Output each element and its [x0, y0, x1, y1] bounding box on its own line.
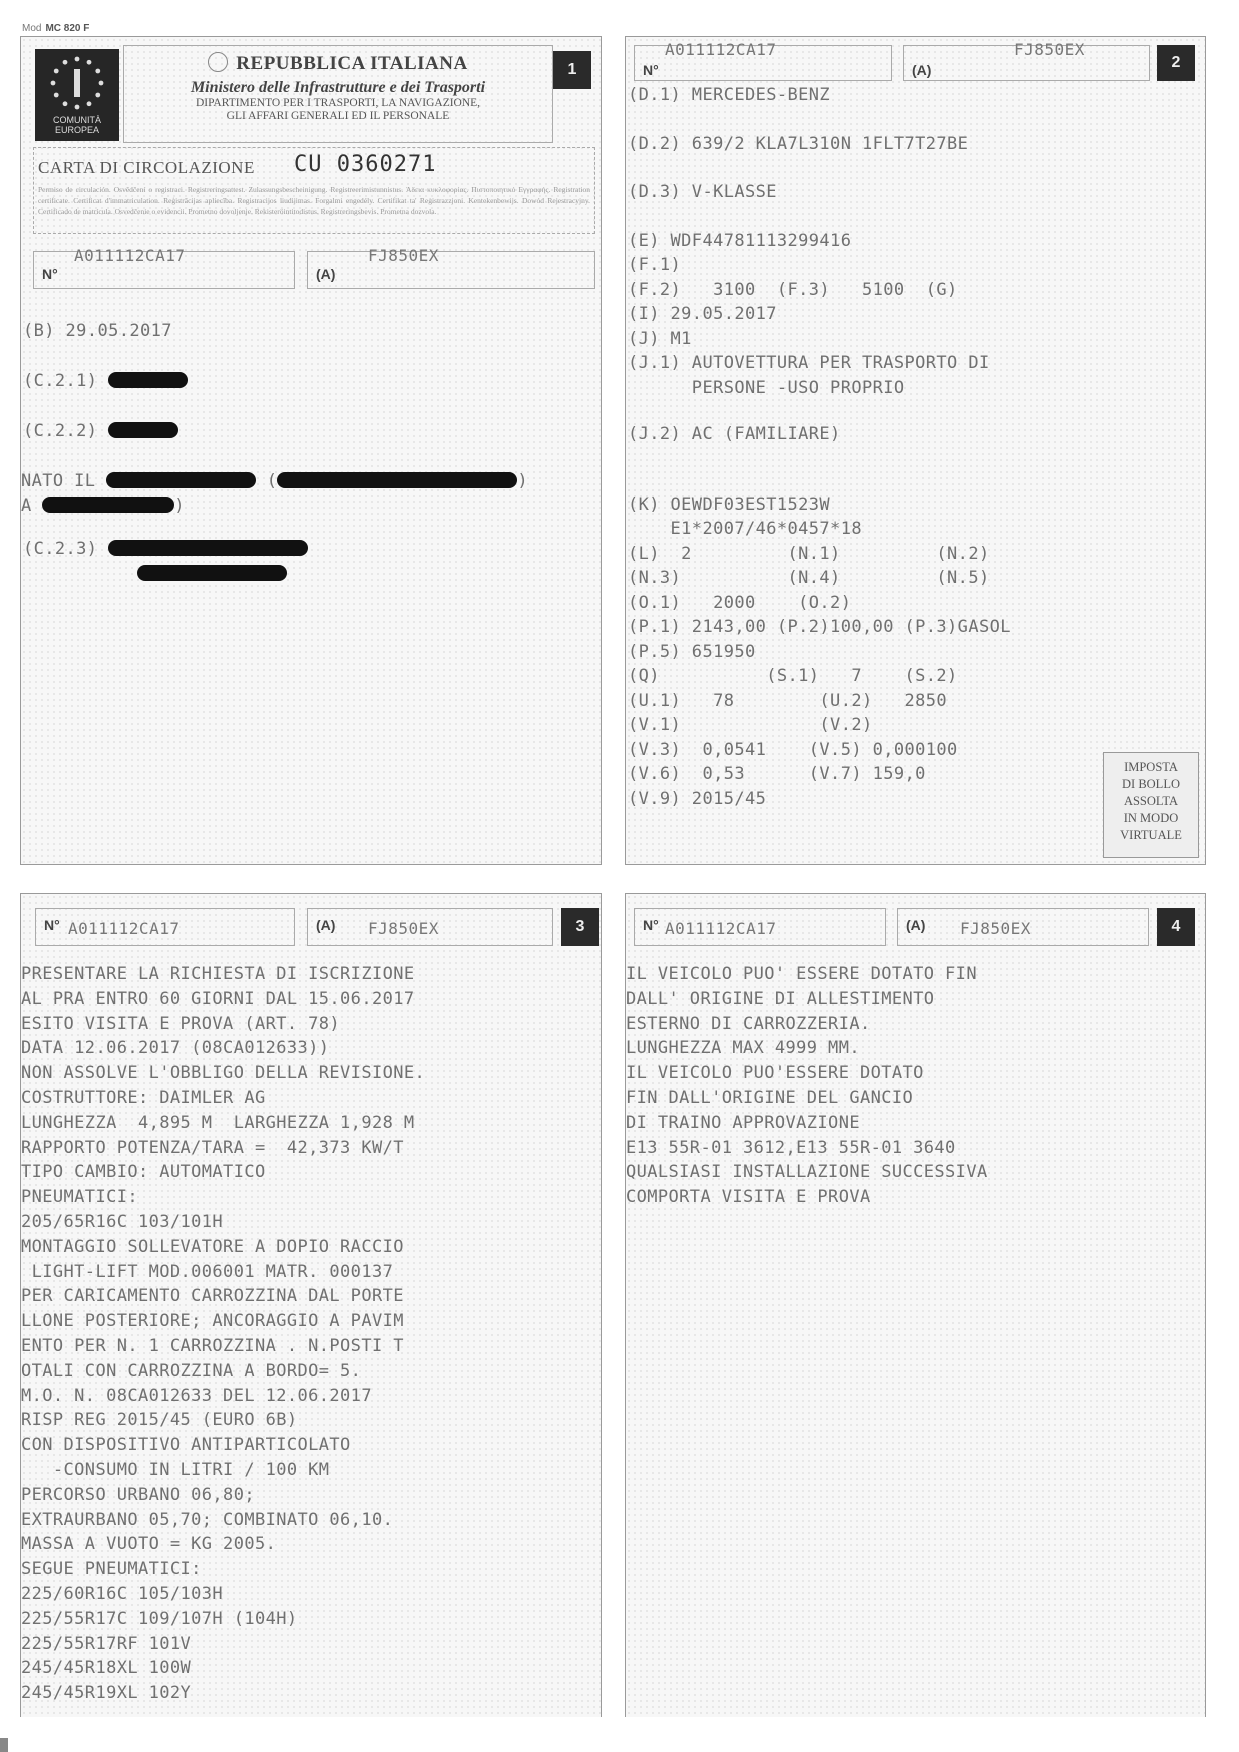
text-line: ESITO VISITA E PROVA (ART. 78) — [21, 1012, 340, 1037]
card-title: CARTA DI CIRCOLAZIONE — [38, 158, 255, 178]
model-code-label: Mod — [22, 23, 41, 34]
eu-emblem: COMUNITÀ EUROPEA — [35, 49, 119, 141]
text-line: 245/45R18XL 100W — [21, 1656, 191, 1681]
text-line: RISP REG 2015/45 (EURO 6B) — [21, 1408, 298, 1433]
text-line: (J.2) AC (FAMILIARE) — [628, 422, 841, 447]
field-b-label: (B) — [23, 321, 55, 341]
document-number-box: N° A011112CA17 — [634, 908, 886, 946]
text-line: SEGUE PNEUMATICI: — [21, 1557, 202, 1582]
text-line: (D.1) MERCEDES-BENZ — [628, 83, 830, 108]
text-line: 225/55R17RF 101V — [21, 1632, 191, 1657]
text-line: IL VEICOLO PUO' ESSERE DOTATO FIN — [626, 962, 977, 987]
field-c22: (C.2.2) — [23, 419, 178, 444]
stamp-line: VIRTUALE — [1104, 827, 1198, 844]
department-line1: DIPARTIMENTO PER I TRASPORTI, LA NAVIGAZ… — [124, 97, 552, 110]
document-number-box: N° A011112CA17 — [33, 251, 295, 289]
scan-edge-mark — [0, 1738, 8, 1752]
card-title-translations: Permiso de circulación. Osvědčení o regi… — [38, 184, 590, 217]
text-line: LUNGHEZZA 4,895 M LARGHEZZA 1,928 M — [21, 1111, 415, 1136]
text-line: ENTO PER N. 1 CARROZZINA . N.POSTI T — [21, 1334, 404, 1359]
stamp-line: IMPOSTA — [1104, 759, 1198, 776]
text-line: (D.2) 639/2 KLA7L310N 1FLT7T27BE — [628, 132, 968, 157]
model-code-value: MC 820 F — [45, 23, 89, 34]
text-line: ESTERNO DI CARROZZERIA. — [626, 1012, 871, 1037]
text-line: CON DISPOSITIVO ANTIPARTICOLATO — [21, 1433, 351, 1458]
born-label: NATO IL — [21, 471, 95, 491]
plate-box: (A) FJ850EX — [307, 251, 595, 289]
panel-3-notes: N° A011112CA17 (A) FJ850EX 3 PRESENTARE … — [20, 893, 602, 1717]
text-line: 225/60R16C 105/103H — [21, 1582, 223, 1607]
text-line: PERCORSO URBANO 06,80; — [21, 1483, 255, 1508]
card-title-box: CARTA DI CIRCOLAZIONE CU 0360271 Permiso… — [33, 147, 595, 234]
eu-label-line2: EUROPEA — [35, 125, 119, 135]
panel-number-badge: 4 — [1157, 908, 1195, 946]
text-line: QUALSIASI INSTALLAZIONE SUCCESSIVA — [626, 1160, 988, 1185]
plate-box: (A) FJ850EX — [903, 45, 1150, 81]
document-number-value: A011112CA17 — [74, 246, 185, 265]
field-c23-cont — [137, 562, 287, 587]
text-line: AL PRA ENTRO 60 GIORNI DAL 15.06.2017 — [21, 987, 415, 1012]
text-line: (E) WDF44781113299416 — [628, 229, 851, 254]
text-line: EXTRAURBANO 05,70; COMBINATO 06,10. — [21, 1508, 393, 1533]
document-number-label: N° — [643, 62, 659, 78]
republic-title: REPUBBLICA ITALIANA — [236, 53, 467, 74]
redacted-address-line2 — [137, 565, 287, 581]
text-line: TIPO CAMBIO: AUTOMATICO — [21, 1160, 266, 1185]
department-line2: GLI AFFARI GENERALI ED IL PERSONALE — [124, 110, 552, 123]
field-birth-at: A ) — [21, 494, 185, 519]
text-line: (V.6) 0,53 (V.7) 159,0 — [628, 762, 926, 787]
plate-value: FJ850EX — [960, 919, 1031, 938]
redacted-birth-place — [277, 472, 517, 488]
text-line: MONTAGGIO SOLLEVATORE A DOPIO RACCIO — [21, 1235, 404, 1260]
redacted-birth-date — [106, 472, 256, 488]
text-line: 245/45R19XL 102Y — [21, 1681, 191, 1706]
text-line: -CONSUMO IN LITRI / 100 KM — [21, 1458, 329, 1483]
plate-box: (A) FJ850EX — [307, 908, 553, 946]
text-line: MASSA A VUOTO = KG 2005. — [21, 1532, 276, 1557]
panel-number-badge: 2 — [1157, 45, 1195, 81]
text-line: (J.1) AUTOVETTURA PER TRASPORTO DI — [628, 351, 990, 376]
text-line: (F.2) 3100 (F.3) 5100 (G) — [628, 278, 958, 303]
document-number-label: N° — [643, 917, 659, 933]
text-line: LLONE POSTERIORE; ANCORAGGIO A PAVIM — [21, 1309, 404, 1334]
text-line: (K) OEWDF03EST1523W — [628, 493, 830, 518]
issuing-authority: REPUBBLICA ITALIANA Ministero delle Infr… — [123, 45, 553, 143]
text-line: (L) 2 (N.1) (N.2) — [628, 542, 990, 567]
panel-4-notes: N° A011112CA17 (A) FJ850EX 4 IL VEICOLO … — [625, 893, 1206, 1717]
field-b: (B) 29.05.2017 — [23, 319, 172, 344]
ministry-name: Ministero delle Infrastrutture e dei Tra… — [124, 79, 552, 97]
redacted-owner-name — [108, 422, 178, 438]
text-line: (F.1) — [628, 253, 681, 278]
stamp-duty-box: IMPOSTA DI BOLLO ASSOLTA IN MODO VIRTUAL… — [1103, 752, 1199, 858]
text-line: E1*2007/46*0457*18 — [628, 517, 862, 542]
document-number-value: A011112CA17 — [665, 919, 776, 938]
text-line: IL VEICOLO PUO'ESSERE DOTATO — [626, 1061, 924, 1086]
text-line: (V.1) (V.2) — [628, 713, 873, 738]
text-line: (O.1) 2000 (O.2) — [628, 591, 851, 616]
text-line: (J) M1 — [628, 327, 692, 352]
text-line: DALL' ORIGINE DI ALLESTIMENTO — [626, 987, 934, 1012]
stamp-line: IN MODO — [1104, 810, 1198, 827]
field-c23-label: (C.2.3) — [23, 539, 97, 559]
document-number-box: N° A011112CA17 — [634, 45, 892, 81]
panel-2-vehicle-data: N° A011112CA17 (A) FJ850EX 2 (D.1) MERCE… — [625, 36, 1206, 865]
card-number: CU 0360271 — [294, 152, 436, 177]
text-line: (P.1) 2143,00 (P.2)100,00 (P.3)GASOL — [628, 615, 1011, 640]
text-line: COMPORTA VISITA E PROVA — [626, 1185, 871, 1210]
text-line: E13 55R-01 3612,E13 55R-01 3640 — [626, 1136, 956, 1161]
panel-number-badge: 3 — [561, 908, 599, 946]
eu-label-line1: COMUNITÀ — [35, 115, 119, 125]
redacted-address-line1 — [108, 540, 308, 556]
text-line: DATA 12.06.2017 (08CA012633)) — [21, 1036, 329, 1061]
redacted-owner-surname — [108, 372, 188, 388]
text-line: LIGHT-LIFT MOD.006001 MATR. 000137 — [21, 1260, 393, 1285]
document-number-label: N° — [42, 266, 58, 282]
text-line: (U.1) 78 (U.2) 2850 — [628, 689, 947, 714]
document-number-label: N° — [44, 917, 60, 933]
field-birth: NATO IL () — [21, 469, 528, 494]
field-c23: (C.2.3) — [23, 537, 308, 562]
text-line: COSTRUTTORE: DAIMLER AG — [21, 1086, 266, 1111]
plate-value: FJ850EX — [368, 919, 439, 938]
plate-value: FJ850EX — [368, 246, 439, 265]
text-line: PERSONE -USO PROPRIO — [628, 376, 905, 401]
document-number-value: A011112CA17 — [68, 919, 179, 938]
text-line: (D.3) V-KLASSE — [628, 180, 777, 205]
plate-label: (A) — [912, 62, 931, 78]
stamp-line: ASSOLTA — [1104, 793, 1198, 810]
model-code: ModMC 820 F — [22, 23, 89, 34]
field-c22-label: (C.2.2) — [23, 421, 97, 441]
text-line: M.O. N. 08CA012633 DEL 12.06.2017 — [21, 1384, 372, 1409]
text-line: OTALI CON CARROZZINA A BORDO= 5. — [21, 1359, 361, 1384]
text-line: PRESENTARE LA RICHIESTA DI ISCRIZIONE — [21, 962, 415, 987]
text-line: 225/55R17C 109/107H (104H) — [21, 1607, 298, 1632]
text-line: PNEUMATICI: — [21, 1185, 138, 1210]
plate-box: (A) FJ850EX — [897, 908, 1149, 946]
document-number-value: A011112CA17 — [665, 40, 776, 59]
text-line: 205/65R16C 103/101H — [21, 1210, 223, 1235]
text-line: (I) 29.05.2017 — [628, 302, 777, 327]
redacted-birth-province — [42, 497, 174, 513]
panel-1-registration-header: COMUNITÀ EUROPEA REPUBBLICA ITALIANA Min… — [20, 36, 602, 865]
text-line: (Q) (S.1) 7 (S.2) — [628, 664, 958, 689]
document-number-box: N° A011112CA17 — [35, 908, 295, 946]
panel-number-badge: 1 — [553, 51, 591, 89]
plate-label: (A) — [906, 917, 925, 933]
field-c21-label: (C.2.1) — [23, 371, 97, 391]
text-line: (P.5) 651950 — [628, 640, 756, 665]
born-at-label: A — [21, 496, 32, 516]
text-line: (N.3) (N.4) (N.5) — [628, 566, 990, 591]
text-line: PER CARICAMENTO CARROZZINA DAL PORTE — [21, 1284, 404, 1309]
field-b-value: 29.05.2017 — [66, 321, 172, 341]
eu-stars-icon — [47, 53, 107, 113]
stamp-line: DI BOLLO — [1104, 776, 1198, 793]
text-line: LUNGHEZZA MAX 4999 MM. — [626, 1036, 860, 1061]
text-line: FIN DALL'ORIGINE DEL GANCIO — [626, 1086, 913, 1111]
plate-value: FJ850EX — [1014, 40, 1085, 59]
text-line: NON ASSOLVE L'OBBLIGO DELLA REVISIONE. — [21, 1061, 425, 1086]
plate-label: (A) — [316, 917, 335, 933]
field-c21: (C.2.1) — [23, 369, 188, 394]
text-line: DI TRAINO APPROVAZIONE — [626, 1111, 860, 1136]
text-line: (V.9) 2015/45 — [628, 787, 766, 812]
text-line: (V.3) 0,0541 (V.5) 0,000100 — [628, 738, 958, 763]
plate-label: (A) — [316, 266, 335, 282]
italian-emblem-icon — [208, 52, 228, 72]
text-line: RAPPORTO POTENZA/TARA = 42,373 KW/T — [21, 1136, 404, 1161]
